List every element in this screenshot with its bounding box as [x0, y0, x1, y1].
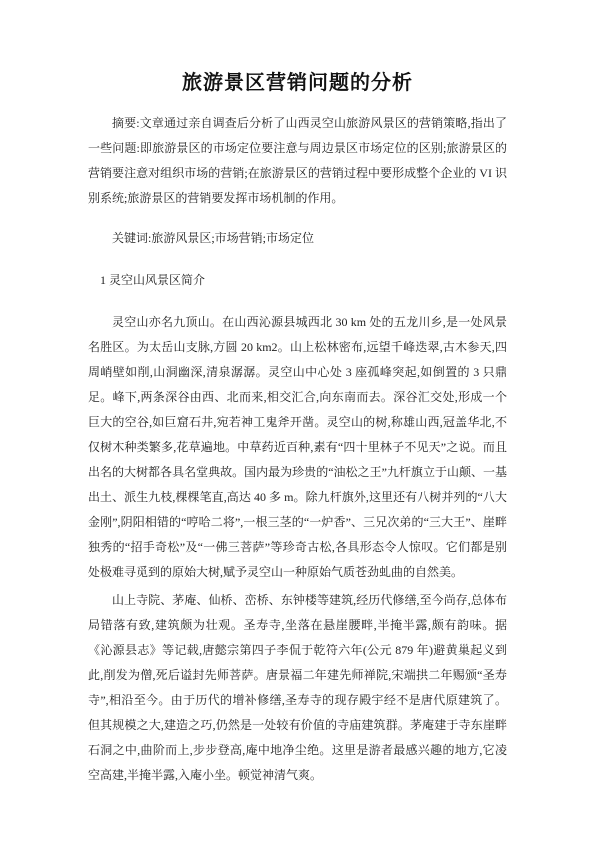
- document-page: 旅游景区营销问题的分析 摘要:文章通过亲自调查后分析了山西灵空山旅游风景区的营销…: [0, 0, 595, 842]
- body-paragraph-2: 山上寺院、茅庵、仙桥、峦桥、东钟楼等建筑,经历代修缮,至今尚存,总体布局错落有致…: [88, 588, 507, 788]
- section-heading: 1 灵空山风景区简介: [88, 268, 507, 293]
- abstract-paragraph: 摘要:文章通过亲自调查后分析了山西灵空山旅游风景区的营销策略,指出了一些问题:即…: [88, 111, 507, 211]
- page-title: 旅游景区营销问题的分析: [88, 70, 507, 96]
- body-paragraph-1: 灵空山亦名九顶山。在山西沁源县城西北 30 km 处的五龙川乡,是一处风景名胜区…: [88, 310, 507, 585]
- keywords-line: 关键词:旅游风景区;市场营销;市场定位: [88, 226, 507, 251]
